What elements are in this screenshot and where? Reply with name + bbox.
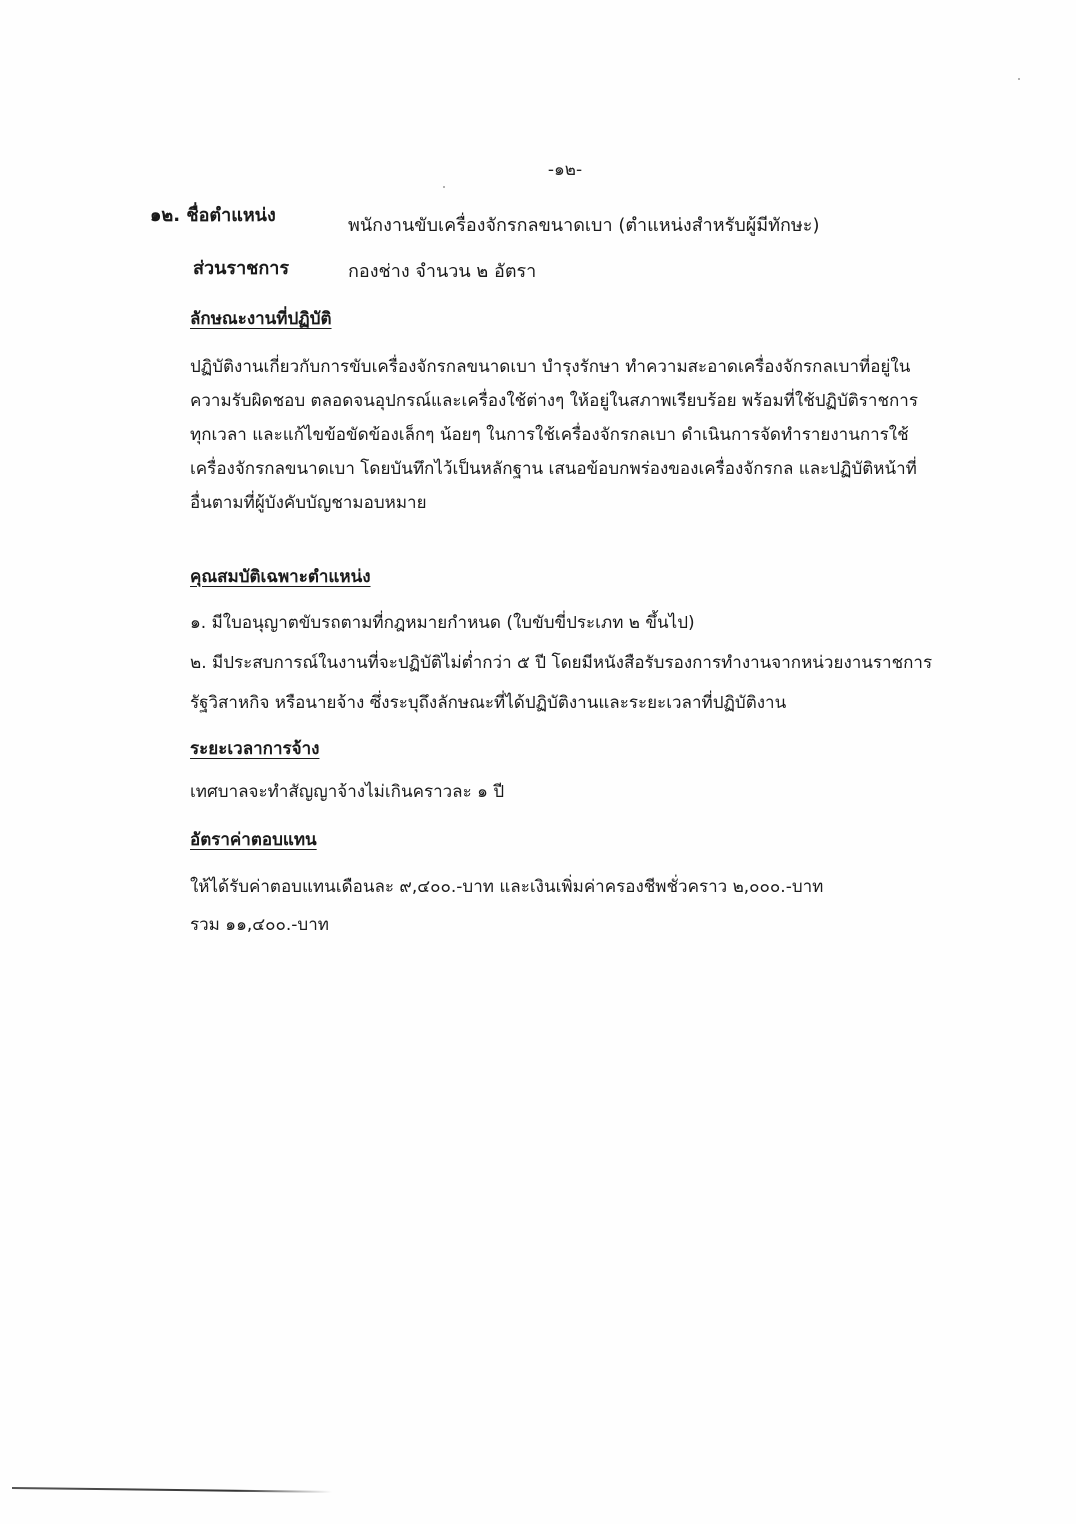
- department-value: กองช่าง จำนวน ๒ อัตรา: [348, 256, 536, 285]
- duties-line: เครื่องจักรกลขนาดเบา โดยบันทึกไว้เป็นหลั…: [190, 452, 970, 486]
- qualification-item: ๒. มีประสบการณ์ในงานที่จะปฏิบัติไม่ต่ำกว…: [190, 643, 970, 683]
- employment-period-heading: ระยะเวลาการจ้าง: [190, 735, 319, 762]
- page-number: -๑๒-: [0, 156, 1076, 183]
- scan-edge-line: [12, 1487, 332, 1493]
- duties-line: อื่นตามที่ผู้บังคับบัญชามอบหมาย: [190, 486, 970, 520]
- qualifications-heading: คุณสมบัติเฉพาะตำแหน่ง: [190, 563, 371, 590]
- document-page: -๑๒- ๑๒. ชื่อตำแหน่ง พนักงานขับเครื่องจั…: [0, 0, 1076, 1524]
- qualification-item: ๑. มีใบอนุญาตขับรถตามที่กฎหมายกำหนด (ใบข…: [190, 603, 970, 643]
- duties-line: ปฏิบัติงานเกี่ยวกับการขับเครื่องจักรกลขน…: [190, 350, 970, 384]
- duties-line: ความรับผิดชอบ ตลอดจนอุปกรณ์และเครื่องใช้…: [190, 384, 970, 418]
- qualifications-list: ๑. มีใบอนุญาตขับรถตามที่กฎหมายกำหนด (ใบข…: [190, 603, 970, 723]
- compensation-text: ให้ได้รับค่าตอบแทนเดือนละ ๙,๔๐๐.-บาท และ…: [190, 868, 970, 944]
- duties-line: ทุกเวลา และแก้ไขข้อขัดข้องเล็กๆ น้อยๆ ใน…: [190, 418, 970, 452]
- compensation-line: รวม ๑๑,๔๐๐.-บาท: [190, 906, 970, 944]
- qualification-item: รัฐวิสาหกิจ หรือนายจ้าง ซึ่งระบุถึงลักษณ…: [190, 683, 970, 723]
- duties-heading: ลักษณะงานที่ปฏิบัติ: [190, 305, 332, 332]
- employment-period-text: เทศบาลจะทำสัญญาจ้างไม่เกินคราวละ ๑ ปี: [190, 775, 970, 809]
- scan-speck: [443, 186, 445, 188]
- employment-period-line: เทศบาลจะทำสัญญาจ้างไม่เกินคราวละ ๑ ปี: [190, 775, 970, 809]
- department-label: ส่วนราชการ: [193, 253, 289, 282]
- position-title: พนักงานขับเครื่องจักรกลขนาดเบา (ตำแหน่งส…: [348, 210, 819, 239]
- duties-paragraph: ปฏิบัติงานเกี่ยวกับการขับเครื่องจักรกลขน…: [190, 350, 970, 520]
- position-item-label: ๑๒. ชื่อตำแหน่ง: [150, 200, 276, 229]
- scan-speck: [1018, 78, 1020, 80]
- compensation-line: ให้ได้รับค่าตอบแทนเดือนละ ๙,๔๐๐.-บาท และ…: [190, 868, 970, 906]
- compensation-heading: อัตราค่าตอบแทน: [190, 826, 317, 853]
